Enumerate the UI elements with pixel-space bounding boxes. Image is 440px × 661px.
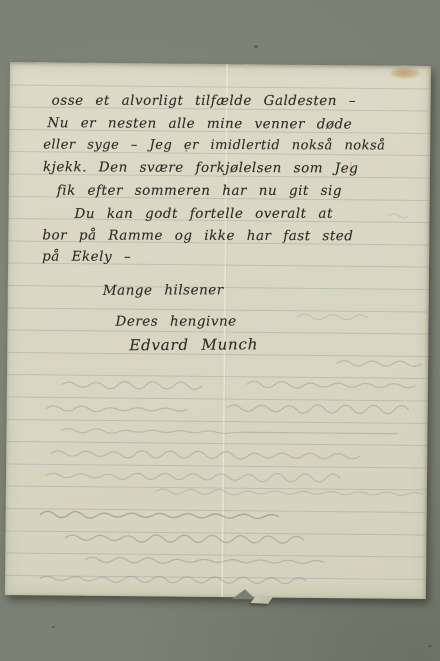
background-speck [52,626,55,628]
paper-tear [232,589,256,599]
photograph-background: osse et alvorligt tilfælde Galdesten – N… [0,0,440,661]
handwriting-line-2: Nu er nesten alle mine venner døde [47,115,352,132]
handwriting-line-4: kjekk. Den svære forkjølelsen som Jeg [43,159,358,176]
handwriting-line-8: på Ekely – [42,249,131,265]
closing-line-devoted: Deres hengivne [116,314,237,330]
handwriting-line-1: osse et alvorligt tilfælde Galdesten – [52,93,356,109]
background-speck [428,645,432,647]
handwriting-line-5: fik efter sommeren har nu git sig [57,183,342,199]
red-pencil-mark [349,162,358,173]
signature-edvard-munch: Edvard Munch [129,335,258,354]
handwriting-line-7: bor på Ramme og ikke har fast sted [42,227,353,244]
letter-page: osse et alvorligt tilfælde Galdesten – N… [5,62,431,599]
paper-tear-flap [250,596,273,604]
handwriting-line-3: eller syge – Jeg er imidlertid nokså nok… [43,138,385,154]
closing-line-greeting: Mange hilsener [103,282,224,299]
handwriting-line-6: Du kan godt fortelle overalt at [75,206,333,222]
red-ink-speck [185,150,187,152]
background-speck [254,45,258,48]
